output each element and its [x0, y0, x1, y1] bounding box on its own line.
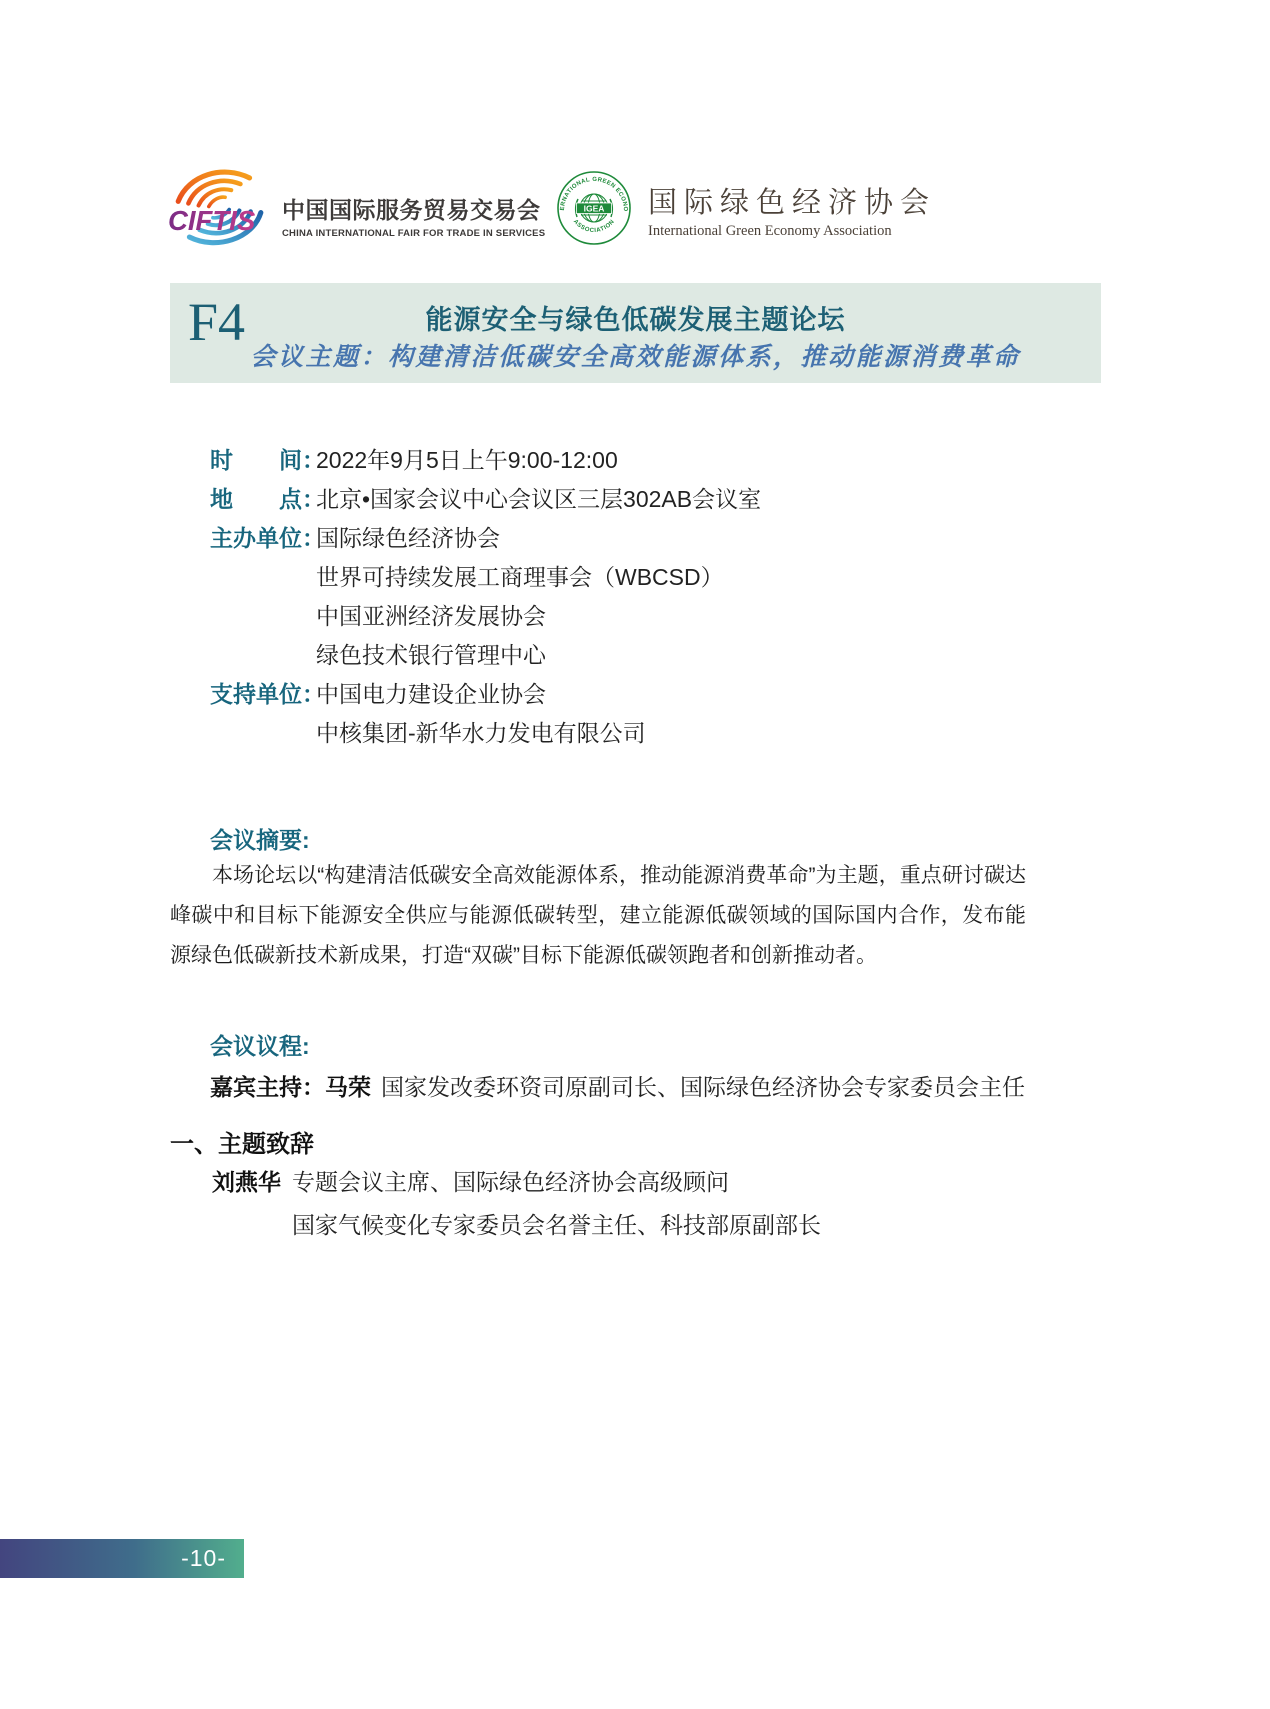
footer-page-bar: -10- — [0, 1539, 244, 1578]
detail-row-organizer: 主办单位： 国际绿色经济协会 — [210, 519, 1030, 558]
detail-row-time: 时 间： 2022年9月5日上午9:00-12:00 — [210, 441, 1030, 480]
detail-label: 地 点： — [210, 480, 316, 519]
detail-value: 中核集团-新华水力发电有限公司 — [316, 714, 646, 753]
igea-titles: 国际绿色经济协会 International Green Economy Ass… — [648, 176, 936, 240]
detail-row-supporter: 支持单位： 中国电力建设企业协会 — [210, 675, 1030, 714]
ciftis-titles: 中国国际服务贸易交易会 CHINA INTERNATIONAL FAIR FOR… — [282, 178, 545, 239]
detail-value: 绿色技术银行管理中心 — [316, 636, 546, 675]
summary-heading: 会议摘要: — [210, 822, 310, 855]
igea-seal-icon: INTERNATIONAL GREEN ECONOMY ASSOCIATION … — [556, 170, 632, 246]
detail-row-organizer: 世界可持续发展工商理事会（WBCSD） — [210, 558, 1030, 597]
speaker-desc-line2: 国家气候变化专家委员会名誉主任、科技部原副部长 — [292, 1207, 821, 1240]
session-title: 能源安全与绿色低碳发展主题论坛 — [170, 298, 1101, 337]
page-number: -10- — [181, 1545, 226, 1572]
detail-label: 支持单位： — [210, 675, 316, 714]
detail-row-supporter: 中核集团-新华水力发电有限公司 — [210, 714, 1030, 753]
ciftis-logo-block: CIFTIS 中国国际服务贸易交易会 CHINA INTERNATIONAL F… — [168, 163, 538, 253]
agenda-item1-title: 一、主题致辞 — [170, 1124, 314, 1159]
host-name: 马荣 — [325, 1074, 371, 1100]
detail-value: 国际绿色经济协会 — [316, 519, 500, 558]
speaker-name: 刘燕华 — [212, 1164, 292, 1197]
detail-row-organizer: 中国亚洲经济发展协会 — [210, 597, 1030, 636]
detail-row-location: 地 点： 北京•国家会议中心会议区三层302AB会议室 — [210, 480, 1030, 519]
detail-value: 中国电力建设企业协会 — [316, 675, 546, 714]
detail-label: 时 间： — [210, 441, 316, 480]
session-subtitle: 会议主题：构建清洁低碳安全高效能源体系，推动能源消费革命 — [170, 337, 1101, 373]
igea-title-en: International Green Economy Association — [648, 223, 936, 240]
ciftis-acronym: CIFTIS — [168, 205, 256, 236]
ciftis-title-zh: 中国国际服务贸易交易会 — [282, 192, 545, 225]
detail-value: 2022年9月5日上午9:00-12:00 — [316, 441, 618, 480]
ciftis-logo-icon: CIFTIS — [168, 164, 270, 252]
host-label: 嘉宾主持： — [210, 1074, 325, 1100]
detail-value: 中国亚洲经济发展协会 — [316, 597, 546, 636]
detail-value: 北京•国家会议中心会议区三层302AB会议室 — [316, 480, 761, 519]
ciftis-title-en: CHINA INTERNATIONAL FAIR FOR TRADE IN SE… — [282, 228, 545, 239]
igea-title-zh: 国际绿色经济协会 — [648, 180, 936, 221]
meeting-details: 时 间： 2022年9月5日上午9:00-12:00 地 点： 北京•国家会议中… — [210, 441, 1030, 753]
detail-row-organizer: 绿色技术银行管理中心 — [210, 636, 1030, 675]
document-page: { "header": { "ciftis": { "acronym": "CI… — [0, 0, 1270, 1709]
speaker-desc-line1: 专题会议主席、国际绿色经济协会高级顾问 — [292, 1169, 729, 1195]
igea-logo-block: INTERNATIONAL GREEN ECONOMY ASSOCIATION … — [556, 165, 1016, 251]
detail-label: 主办单位： — [210, 519, 316, 558]
detail-value: 世界可持续发展工商理事会（WBCSD） — [316, 558, 724, 597]
agenda-heading: 会议议程: — [210, 1028, 310, 1061]
igea-seal-acronym: IGEA — [584, 204, 605, 214]
summary-paragraph: 本场论坛以“构建清洁低碳安全高效能源体系，推动能源消费革命”为主题，重点研讨碳达… — [170, 856, 1026, 976]
agenda-speaker-row: 刘燕华专题会议主席、国际绿色经济协会高级顾问 — [212, 1164, 729, 1197]
host-desc: 国家发改委环资司原副司长、国际绿色经济协会专家委员会主任 — [381, 1074, 1025, 1100]
session-banner: F4 能源安全与绿色低碳发展主题论坛 会议主题：构建清洁低碳安全高效能源体系，推… — [170, 283, 1101, 383]
agenda-host-row: 嘉宾主持：马荣国家发改委环资司原副司长、国际绿色经济协会专家委员会主任 — [210, 1069, 1025, 1102]
